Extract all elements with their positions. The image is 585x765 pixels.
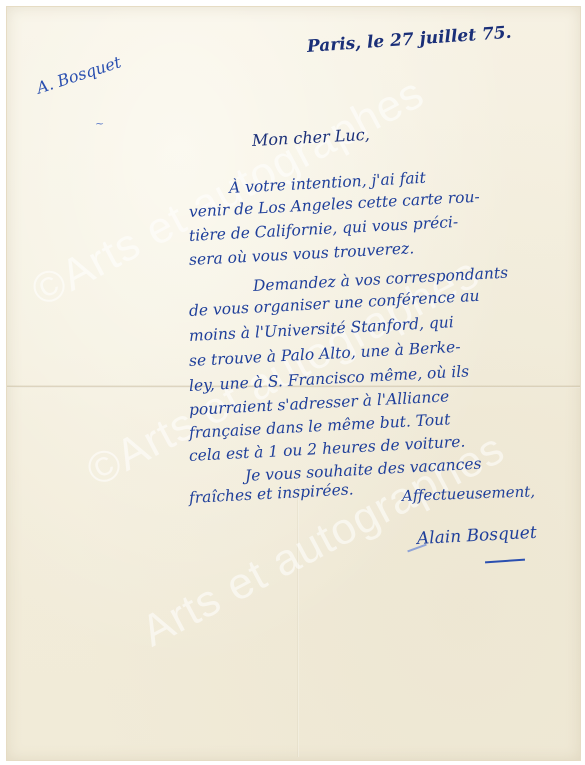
letter-sheet: ©Arts et autographes ©Arts et autographe… bbox=[6, 6, 581, 761]
body-line: sera où vous vous trouverez. bbox=[189, 239, 415, 269]
vertical-fold bbox=[297, 487, 299, 757]
body-line: fraîches et inspirées. bbox=[189, 480, 355, 507]
signature: Alain Bosquet bbox=[416, 523, 537, 549]
salutation: Mon cher Luc, bbox=[252, 125, 371, 150]
closing: Affectueusement, bbox=[402, 482, 536, 505]
margin-note: A. Bosquet bbox=[34, 52, 123, 97]
margin-mark: ~ bbox=[95, 117, 104, 130]
signature-underline bbox=[485, 559, 525, 564]
dateline: Paris, le 27 juillet 75. bbox=[306, 23, 512, 57]
